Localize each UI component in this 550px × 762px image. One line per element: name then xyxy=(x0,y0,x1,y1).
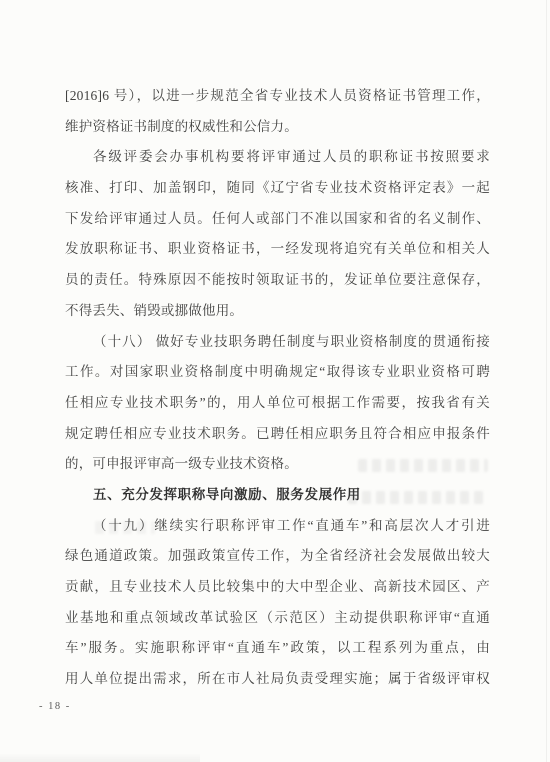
document-line: 员的责任。特殊原因不能按时领取证书的，发证单位要注意保存， xyxy=(65,265,490,296)
document-line: 贡献，且专业技术人员比较集中的大中型企业、高新技术园区、产 xyxy=(65,572,490,603)
document-page: [2016]6 号），以进一步规范全省专业技术人员资格证书管理工作， 维护资格证… xyxy=(0,0,550,762)
scan-corner-shadow xyxy=(0,753,200,762)
document-line: 下发给评审通过人员。任何人或部门不准以国家和省的名义制作、 xyxy=(65,204,490,235)
scan-edge-artifact xyxy=(546,0,547,762)
document-line: 业基地和重点领域改革试验区（示范区）主动提供职称评审“直通 xyxy=(65,603,490,634)
section-heading: 五、充分发挥职称导向激励、服务发展作用 xyxy=(65,480,490,511)
document-line: （十九）继续实行职称评审工作“直通车”和高层次人才引进 xyxy=(65,511,490,542)
document-line: 绿色通道政策。加强政策宣传工作，为全省经济社会发展做出较大 xyxy=(65,541,490,572)
document-line: 规定聘任相应专业技术职务。已聘任相应职务且符合相应申报条件 xyxy=(65,419,490,450)
document-line: 发放职称证书、职业资格证书，一经发现将追究有关单位和相关人 xyxy=(65,234,490,265)
document-line: 车”服务。实施职称评审“直通车”政策，以工程系列为重点，由 xyxy=(65,633,490,664)
document-line: 核准、打印、加盖钢印，随同《辽宁省专业技术资格评定表》一起 xyxy=(65,173,490,204)
page-number: - 18 - xyxy=(39,701,71,712)
document-line: 工作。对国家职业资格制度中明确规定“取得该专业职业资格可聘 xyxy=(65,357,490,388)
document-line: 各级评委会办事机构要将评审通过人员的职称证书按照要求 xyxy=(65,142,490,173)
document-body: [2016]6 号），以进一步规范全省专业技术人员资格证书管理工作， 维护资格证… xyxy=(65,81,490,695)
document-line: 维护资格证书制度的权威性和公信力。 xyxy=(65,112,490,143)
document-line: 用人单位提出需求，所在市人社局负责受理实施；属于省级评审权 xyxy=(65,664,490,695)
document-line: 不得丢失、销毁或挪做他用。 xyxy=(65,296,490,327)
document-line: 的，可申报评审高一级专业技术资格。 xyxy=(65,449,490,480)
document-line: 任相应专业技术职务”的，用人单位可根据工作需要，按我省有关 xyxy=(65,388,490,419)
document-line: （十八） 做好专业技职务聘任制度与职业资格制度的贯通衔接 xyxy=(65,327,490,358)
document-line: [2016]6 号），以进一步规范全省专业技术人员资格证书管理工作， xyxy=(65,81,490,112)
